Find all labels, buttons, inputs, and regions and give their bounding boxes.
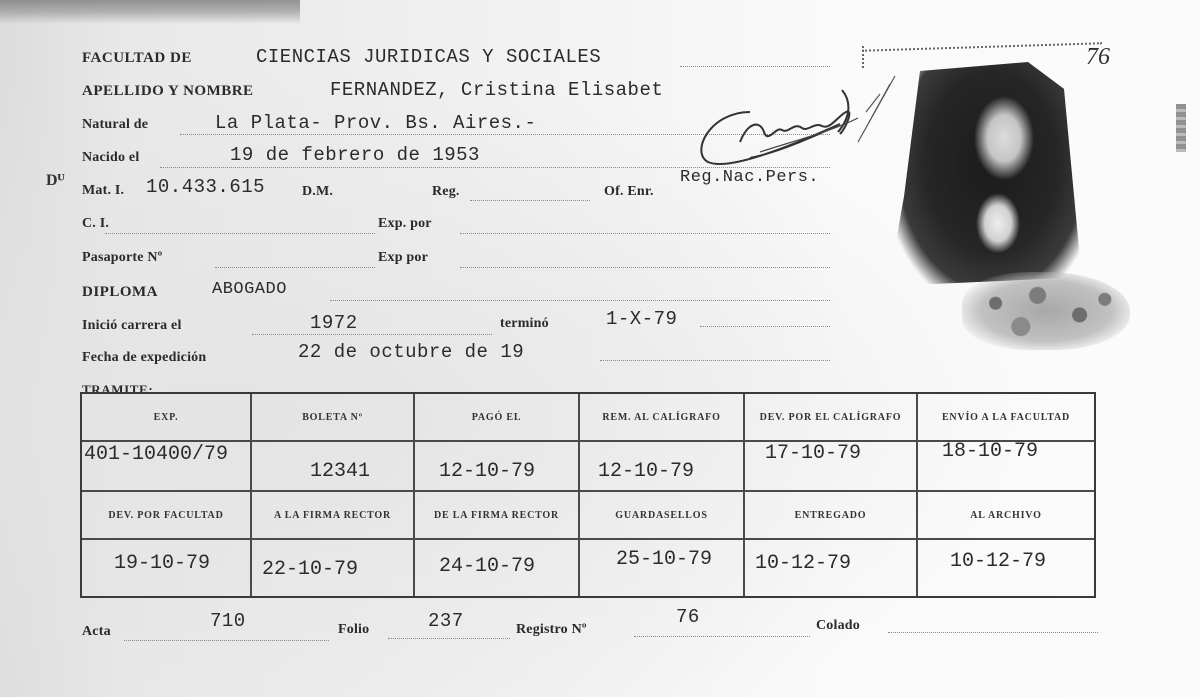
document-card: Dᵁ FACULTAD DE CIENCIAS JURIDICAS Y SOCI… — [0, 0, 1200, 697]
registro-label: Registro Nº — [516, 622, 587, 638]
envio-facultad-value: 18-10-79 — [942, 440, 1038, 463]
table-cell-pago: 12-10-79 — [415, 442, 580, 492]
header-dev-facultad: Dev. por Facultad — [82, 492, 252, 540]
natural-value: La Plata- Prov. Bs. Aires.- — [215, 112, 536, 134]
guardasellos-value: 25-10-79 — [616, 548, 712, 571]
nacido-label: Nacido el — [82, 150, 139, 166]
natural-label: Natural de — [82, 117, 148, 133]
header-a-firma-rector: A la firma Rector — [252, 492, 415, 540]
pasaporte-label: Pasaporte Nº — [82, 250, 163, 266]
inicio-value: 1972 — [310, 312, 358, 334]
table-cell-a-firma-rector: 22-10-79 — [252, 540, 415, 596]
header-entregado: Entregado — [745, 492, 918, 540]
entregado-value: 10-12-79 — [755, 552, 851, 575]
exp-por-line-1 — [460, 233, 830, 234]
folio-line — [388, 638, 510, 639]
al-archivo-value: 10-12-79 — [950, 550, 1046, 573]
fecha-exp-value: 22 de octubre de 19 — [298, 341, 524, 363]
fecha-exp-label: Fecha de expedición — [82, 350, 206, 366]
exp-por-label-2: Exp por — [378, 250, 428, 266]
header-exp: Exp. — [82, 394, 252, 442]
table-cell-dev-facultad: 19-10-79 — [82, 540, 252, 596]
dm-label: D.M. — [302, 184, 333, 200]
boleta-value: 12341 — [310, 460, 370, 483]
margin-mark: Dᵁ — [46, 172, 65, 190]
header-al-archivo: Al Archivo — [918, 492, 1094, 540]
corner-number: 76 — [1086, 44, 1110, 71]
mat-value: 10.433.615 — [146, 176, 265, 198]
table-cell-al-archivo: 10-12-79 — [918, 540, 1094, 596]
of-enr-label: Of. Enr. — [604, 184, 654, 200]
pasaporte-line — [215, 267, 375, 268]
table-cell-guardasellos: 25-10-79 — [580, 540, 745, 596]
scan-shadow — [0, 0, 300, 24]
colado-line — [888, 632, 1098, 633]
de-firma-rector-value: 24-10-79 — [439, 555, 535, 578]
header-guardasellos: Guardasellos — [580, 492, 745, 540]
dev-caligrafo-value: 17-10-79 — [765, 442, 861, 465]
header-boleta: Boleta Nº — [252, 394, 415, 442]
exp-por-label-1: Exp. por — [378, 216, 432, 232]
table-cell-dev-caligrafo: 17-10-79 — [745, 442, 918, 492]
exp-value: 401-10400/79 — [84, 446, 234, 463]
table-cell-boleta: 12341 — [252, 442, 415, 492]
tramite-table: Exp. Boleta Nº Pagó el Rem. al calígrafo… — [80, 392, 1096, 598]
facultad-line — [680, 66, 830, 67]
mat-label: Mat. I. — [82, 183, 124, 199]
header-pago: Pagó el — [415, 394, 580, 442]
registro-value: 76 — [676, 606, 700, 628]
id-photo — [888, 62, 1088, 286]
termino-value: 1-X-79 — [606, 308, 677, 330]
acta-label: Acta — [82, 624, 111, 640]
diploma-label: DIPLOMA — [82, 284, 158, 301]
signature-icon — [690, 72, 900, 182]
photo-frame-top — [862, 42, 1102, 52]
header-envio-facultad: Envío a la Facultad — [918, 394, 1094, 442]
dev-facultad-value: 19-10-79 — [114, 552, 210, 575]
table-cell-envio-facultad: 18-10-79 — [918, 442, 1094, 492]
photo-frame-left — [862, 46, 864, 68]
acta-value: 710 — [210, 610, 246, 632]
folio-label: Folio — [338, 622, 369, 638]
side-stamp — [1176, 104, 1186, 152]
apellido-label: APELLIDO Y NOMBRE — [82, 83, 254, 100]
termino-label: terminó — [500, 316, 549, 332]
header-dev-caligrafo: Dev. por el calígrafo — [745, 394, 918, 442]
table-cell-exp: 401-10400/79 — [82, 442, 252, 492]
nacido-value: 19 de febrero de 1953 — [230, 144, 480, 166]
header-de-firma-rector: De la firma Rector — [415, 492, 580, 540]
facultad-value: CIENCIAS JURIDICAS Y SOCIALES — [256, 46, 601, 68]
table-cell-de-firma-rector: 24-10-79 — [415, 540, 580, 596]
header-rem-caligrafo: Rem. al calígrafo — [580, 394, 745, 442]
ci-line — [105, 233, 375, 234]
rem-caligrafo-value: 12-10-79 — [598, 460, 694, 483]
inicio-label: Inició carrera el — [82, 318, 182, 334]
table-cell-rem-caligrafo: 12-10-79 — [580, 442, 745, 492]
reg-line — [470, 200, 590, 201]
pago-value: 12-10-79 — [439, 460, 535, 483]
acta-line — [124, 640, 329, 641]
reg-label: Reg. — [432, 184, 460, 200]
termino-line — [700, 326, 830, 327]
a-firma-rector-value: 22-10-79 — [262, 558, 358, 581]
ci-label: C. I. — [82, 216, 109, 232]
table-cell-entregado: 10-12-79 — [745, 540, 918, 596]
diploma-line — [330, 300, 830, 301]
folio-value: 237 — [428, 610, 464, 632]
diploma-value: ABOGADO — [212, 280, 287, 299]
apellido-value: FERNANDEZ, Cristina Elisabet — [330, 79, 663, 101]
registro-line — [634, 636, 810, 637]
facultad-label: FACULTAD DE — [82, 50, 192, 67]
colado-label: Colado — [816, 618, 860, 634]
inicio-line — [252, 334, 492, 335]
exp-por-line-2 — [460, 267, 830, 268]
fecha-exp-line — [600, 360, 830, 361]
stamp-mark — [962, 272, 1130, 350]
